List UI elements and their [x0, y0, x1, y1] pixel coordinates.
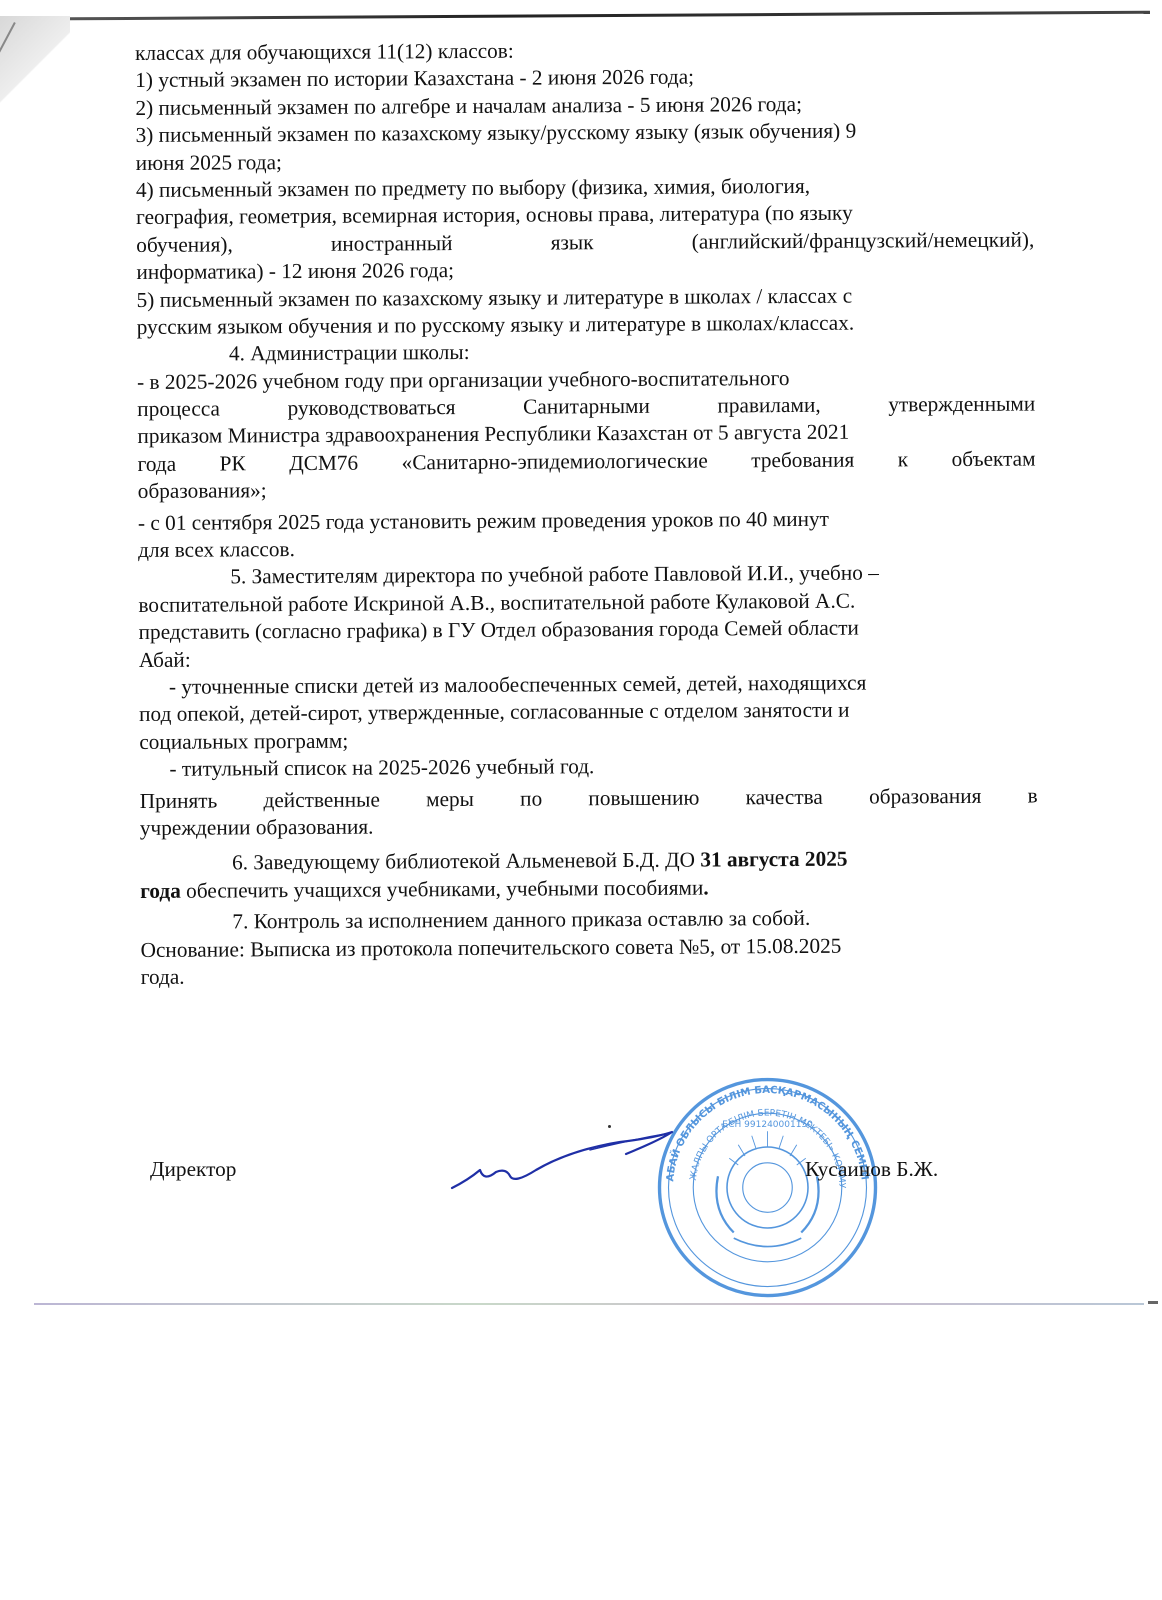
text-span: 6. Заведующему библиотекой Альменевой Б.…: [232, 848, 700, 875]
page-bottom-edge: [34, 1303, 1144, 1305]
signature-block: Директор Кусаинов Б.Ж.: [150, 1157, 1010, 1197]
period: .: [703, 875, 708, 899]
text-line: года.: [141, 958, 1039, 991]
document-page: классах для обучающихся 11(12) классов: …: [0, 0, 1162, 1600]
document-body: классах для обучающихся 11(12) классов: …: [135, 35, 1039, 992]
edge-mark: [1148, 1301, 1158, 1304]
text-line: обучения), иностранный язык (английский/…: [136, 226, 1034, 259]
deadline-date: 31 августа 2025: [700, 847, 847, 872]
list-item: - титульный список на 2025-2026 учебный …: [139, 751, 1037, 784]
stamp-bin: БСН 991240001150: [722, 1120, 813, 1130]
text-line: учреждении образования.: [140, 809, 1038, 842]
folded-corner: [0, 16, 70, 136]
signatory-name: Кусаинов Б.Ж.: [805, 1157, 938, 1182]
text-line: образования»;: [138, 473, 1036, 506]
page-top-edge: [70, 11, 1150, 21]
text-line: года РК ДСМ76 «Санитарно-эпидемиологичес…: [138, 445, 1036, 478]
ink-dot: [608, 1125, 611, 1128]
text-line: года обеспечить учащихся учебниками, уче…: [140, 872, 1038, 905]
text-span: обеспечить учащихся учебниками, учебными…: [181, 875, 704, 902]
signatory-title: Директор: [150, 1157, 236, 1182]
text-line: Принять действенные меры по повышению ка…: [140, 782, 1038, 815]
deadline-year-word: года: [140, 878, 181, 902]
